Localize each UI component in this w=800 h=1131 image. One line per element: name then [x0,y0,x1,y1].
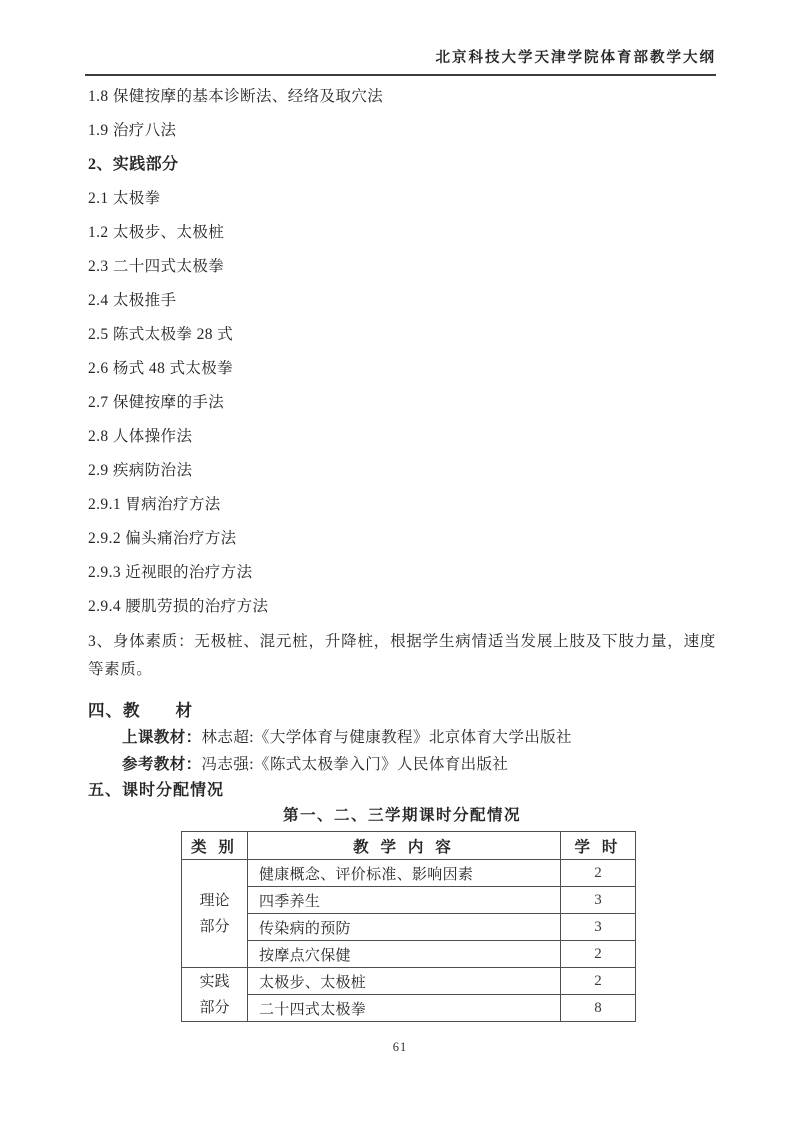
table-row: 实践 部分 太极步、太极桩 2 [182,968,636,995]
page-number: 61 [0,1040,800,1055]
content-cell: 传染病的预防 [248,914,561,941]
hours-cell: 2 [561,968,636,995]
category-line: 部分 [182,914,247,940]
category-cell-theory: 理论 部分 [182,860,248,968]
hours-table: 类 别 教 学 内 容 学 时 理论 部分 健康概念、评价标准、影响因素 2 四… [181,831,636,1022]
textbook-label: 上课教材： [122,729,202,746]
hours-cell: 3 [561,887,636,914]
textbook-label: 参考教材： [122,756,202,773]
table-header-content: 教 学 内 容 [248,832,561,860]
category-line: 实践 [182,969,247,995]
outline-item: 1.2 太极步、太极桩 [88,216,716,250]
table-row: 四季养生 3 [182,887,636,914]
outline-item: 2.8 人体操作法 [88,420,716,454]
outline-item: 1.9 治疗八法 [88,114,716,148]
hours-section-heading: 五、课时分配情况 [88,778,716,804]
table-header-row: 类 别 教 学 内 容 学 时 [182,832,636,860]
document-page: 北京科技大学天津学院体育部教学大纲 1.8 保健按摩的基本诊断法、经络及取穴法 … [0,0,800,1131]
outline-item: 2.6 杨式 48 式太极拳 [88,352,716,386]
outline-item: 2.9.1 胃病治疗方法 [88,488,716,522]
document-body: 1.8 保健按摩的基本诊断法、经络及取穴法 1.9 治疗八法 2、实践部分 2.… [88,80,716,1022]
outline-item: 2.7 保健按摩的手法 [88,386,716,420]
fitness-paragraph: 3、身体素质：无极桩、混元桩，升降桩，根据学生病情适当发展上肢及下肢力量，速度等… [88,628,716,684]
table-row: 理论 部分 健康概念、评价标准、影响因素 2 [182,860,636,887]
textbook-line: 上课教材：林志超:《大学体育与健康教程》北京体育大学出版社 [88,724,716,751]
table-header-hours: 学 时 [561,832,636,860]
table-row: 传染病的预防 3 [182,914,636,941]
outline-item: 2.1 太极拳 [88,182,716,216]
category-line: 部分 [182,995,247,1021]
content-cell: 太极步、太极桩 [248,968,561,995]
hours-cell: 2 [561,941,636,968]
table-row: 按摩点穴保健 2 [182,941,636,968]
outline-item: 2.3 二十四式太极拳 [88,250,716,284]
content-cell: 四季养生 [248,887,561,914]
hours-cell: 8 [561,995,636,1022]
category-cell-practice: 实践 部分 [182,968,248,1022]
outline-item: 2.9.3 近视眼的治疗方法 [88,556,716,590]
outline-item: 2.5 陈式太极拳 28 式 [88,318,716,352]
textbook-line: 参考教材：冯志强:《陈式太极拳入门》人民体育出版社 [88,751,716,778]
materials-section-heading: 四、教 材 [88,698,716,724]
document-header-title: 北京科技大学天津学院体育部教学大纲 [85,46,716,76]
hours-cell: 2 [561,860,636,887]
outline-item: 2.9.4 腰肌劳损的治疗方法 [88,590,716,624]
content-cell: 二十四式太极拳 [248,995,561,1022]
outline-item: 2.9.2 偏头痛治疗方法 [88,522,716,556]
category-line: 理论 [182,888,247,914]
content-cell: 健康概念、评价标准、影响因素 [248,860,561,887]
hours-cell: 3 [561,914,636,941]
outline-item: 1.8 保健按摩的基本诊断法、经络及取穴法 [88,80,716,114]
outline-item: 2.9 疾病防治法 [88,454,716,488]
outline-item: 2.4 太极推手 [88,284,716,318]
textbook-text: 冯志强:《陈式太极拳入门》人民体育出版社 [202,756,509,773]
table-header-category: 类 别 [182,832,248,860]
content-cell: 按摩点穴保健 [248,941,561,968]
hours-table-title: 第一、二、三学期课时分配情况 [88,804,716,828]
table-row: 二十四式太极拳 8 [182,995,636,1022]
textbook-text: 林志超:《大学体育与健康教程》北京体育大学出版社 [202,729,572,746]
section-heading-practice: 2、实践部分 [88,148,716,182]
